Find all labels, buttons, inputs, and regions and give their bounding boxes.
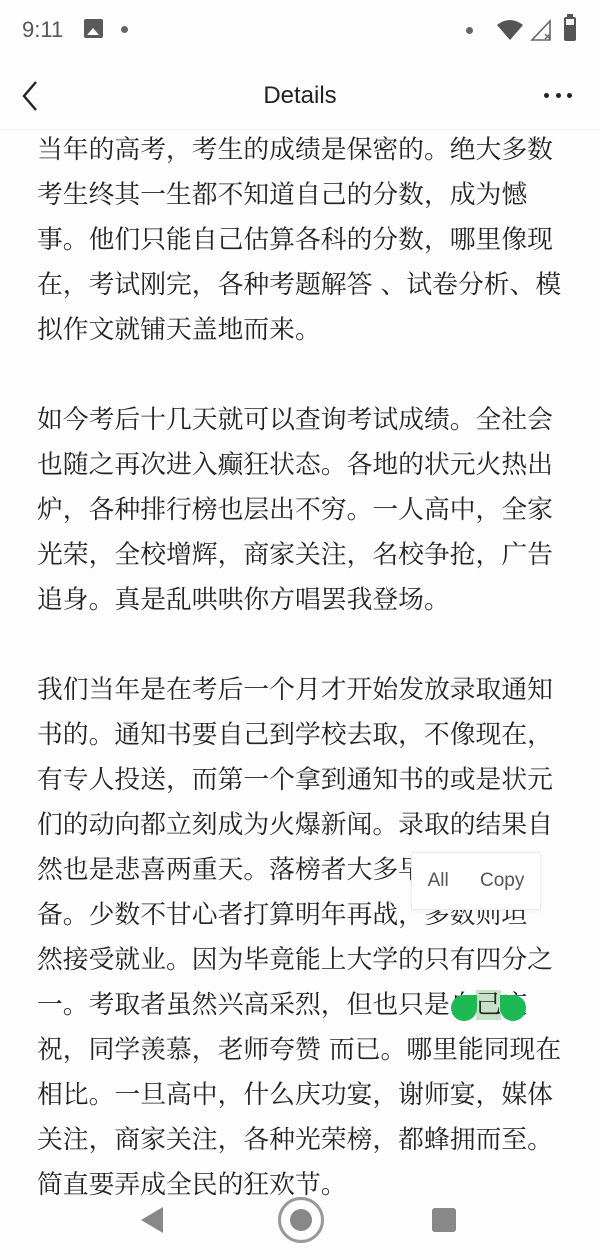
image-notification-icon xyxy=(84,19,103,38)
text-line: 炉，各种排行榜也层出不穷。一人高中，全家 xyxy=(37,488,567,533)
paragraph-2: 如今考后十几天就可以查询考试成绩。全社会 也随之再次进入癫狂状态。各地的状元火热… xyxy=(37,398,567,623)
more-dot xyxy=(567,93,572,98)
paragraph-3: 我们当年是在考后一个月才开始发放录取通知 书的。通知书要自己到学校去取，不像现在… xyxy=(37,668,567,1208)
text-line: 有专人投送，而第一个拿到通知书的或是状元 xyxy=(37,758,567,803)
select-all-button[interactable]: All xyxy=(428,870,449,892)
selected-text[interactable]: 己 xyxy=(476,990,502,1020)
text-line: 关注，商家关注，各种光荣榜，都蜂拥而至。 xyxy=(37,1118,567,1163)
text-run: 一。考取者虽然兴高采烈，但也只是自 xyxy=(37,990,476,1020)
more-options-button[interactable] xyxy=(536,80,580,110)
signal-no-sim-icon xyxy=(530,18,554,42)
text-line: 追身。真是乱哄哄你方唱罢我登场。 xyxy=(37,578,567,623)
paragraph-1: 当年的高考，考生的成绩是保密的。绝大多数 考生终其一生都不知道自己的分数，成为憾… xyxy=(37,128,567,353)
text-line: 也随之再次进入癫狂状态。各地的状元火热出 xyxy=(37,443,567,488)
text-line: 书的。通知书要自己到学校去取，不像现在， xyxy=(37,713,567,758)
wifi-icon xyxy=(496,18,524,42)
app-bar: Details xyxy=(0,60,600,130)
text-line: 我们当年是在考后一个月才开始发放录取通知 xyxy=(37,668,567,713)
selection-handle-end[interactable] xyxy=(500,995,526,1021)
text-line: 光荣，全校增辉，商家关注，名校争抢，广告 xyxy=(37,533,567,578)
selection-handle-start[interactable] xyxy=(451,995,477,1021)
text-line: 当年的高考，考生的成绩是保密的。绝大多数 xyxy=(37,128,567,173)
back-triangle-icon[interactable] xyxy=(141,1207,163,1233)
text-line: 祝，同学羡慕，老师夸赞 而已。哪里能同现在 xyxy=(37,1028,567,1073)
copy-button[interactable]: Copy xyxy=(480,870,524,892)
status-time: 9:11 xyxy=(22,17,63,43)
text-line: 拟作文就铺天盖地而来。 xyxy=(37,308,567,353)
text-line-with-selection: 一。考取者虽然兴高采烈，但也只是自己庆 xyxy=(37,983,567,1028)
home-circle-icon[interactable] xyxy=(278,1197,324,1243)
text-line: 然接受就业。因为毕竟能上大学的只有四分之 xyxy=(37,938,567,983)
text-line: 考生终其一生都不知道自己的分数，成为憾 xyxy=(37,173,567,218)
recents-square-icon[interactable] xyxy=(432,1208,456,1232)
article-body[interactable]: 当年的高考，考生的成绩是保密的。绝大多数 考生终其一生都不知道自己的分数，成为憾… xyxy=(37,128,567,1253)
text-selection-popup: All Copy xyxy=(411,852,541,910)
text-line: 在，考试刚完，各种考题解答 、试卷分析、模 xyxy=(37,263,567,308)
text-line: 们的动向都立刻成为火爆新闻。录取的结果自 xyxy=(37,803,567,848)
more-dot xyxy=(556,93,561,98)
dot-icon xyxy=(466,27,473,34)
text-line: 事。他们只能自己估算各科的分数，哪里像现 xyxy=(37,218,567,263)
more-horizontal-icon xyxy=(544,93,549,98)
page-title: Details xyxy=(0,82,600,110)
dot-icon xyxy=(121,26,128,33)
battery-icon xyxy=(564,17,576,41)
text-line: 相比。一旦高中，什么庆功宴，谢师宴，媒体 xyxy=(37,1073,567,1118)
text-line: 如今考后十几天就可以查询考试成绩。全社会 xyxy=(37,398,567,443)
status-bar: 9:11 xyxy=(0,0,600,60)
